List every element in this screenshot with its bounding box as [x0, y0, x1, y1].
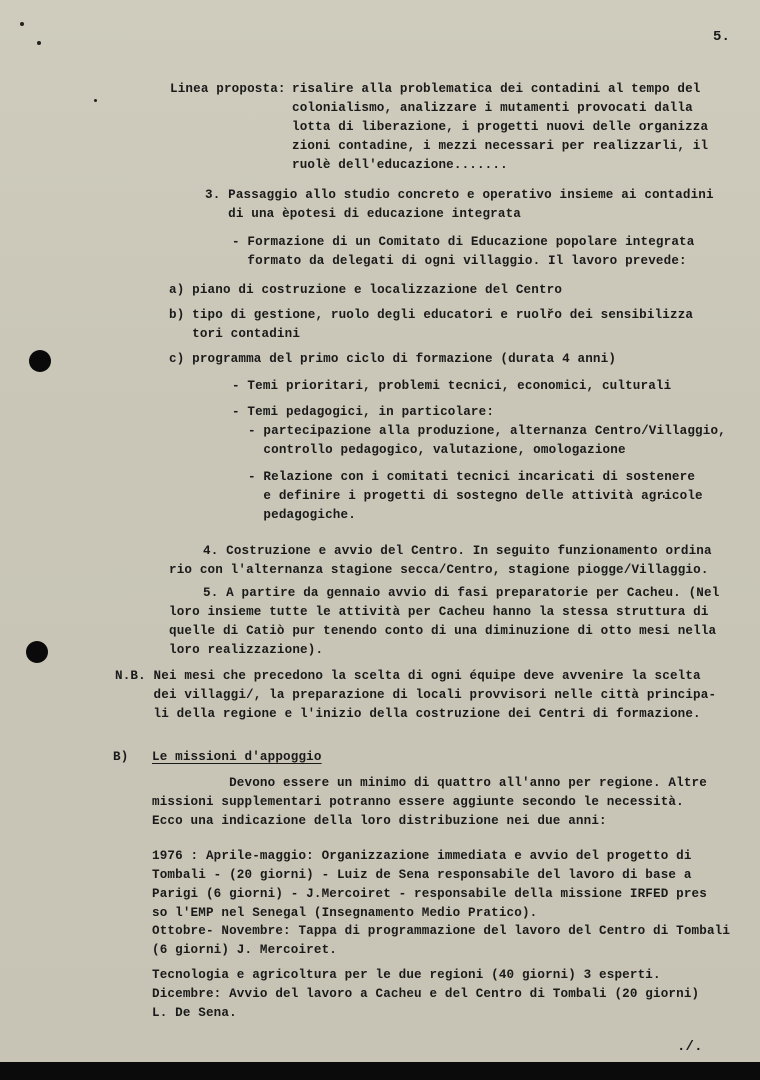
- schedule-line: Ottobre- Novembre: Tappa di programmazio…: [152, 922, 730, 941]
- schedule-line: 1976 : Aprile-maggio: Organizzazione imm…: [152, 847, 692, 866]
- ink-speck: [37, 41, 41, 45]
- schedule-line: Tombali - (20 giorni) - Luiz de Sena res…: [152, 866, 692, 885]
- closing-line: L. De Sena.: [152, 1004, 237, 1023]
- point-c: c) programma del primo ciclo di formazio…: [169, 350, 616, 369]
- relazione-line: pedagogiche.: [248, 506, 356, 525]
- item-5-line: loro insieme tutte le attività per Cache…: [169, 603, 709, 622]
- schedule-line: (6 giorni) J. Mercoiret.: [152, 941, 337, 960]
- punch-hole: [26, 641, 48, 663]
- punch-hole: [29, 350, 51, 372]
- temi-prioritari: - Temi prioritari, problemi tecnici, eco…: [232, 377, 671, 396]
- item-5-line: 5. A partire da gennaio avvio di fasi pr…: [203, 584, 719, 603]
- nb-line: dei villaggi/, la preparazione di locali…: [115, 686, 716, 705]
- linea-line: ruolè dell'educazione.......: [292, 156, 508, 175]
- ink-speck: [20, 22, 24, 26]
- schedule-line: so l'EMP nel Senegal (Insegnamento Medio…: [152, 904, 537, 923]
- section-b-title: Le missioni d'appoggio: [152, 748, 322, 767]
- point-b-line: tori contadini: [169, 325, 300, 344]
- relazione-line: e definire i progetti di sostegno delle …: [248, 487, 703, 506]
- section-b-intro-line: Ecco una indicazione della loro distribu…: [152, 812, 607, 831]
- section-b-marker: B): [113, 748, 128, 767]
- temi-pedagogici: - Temi pedagogici, in particolare:: [232, 403, 494, 422]
- scan-bottom-edge: [0, 1062, 760, 1080]
- relazione-text: e definire i progetti di sostegno delle …: [248, 489, 641, 503]
- section-b-intro-line: Devono essere un minimo di quattro all'a…: [152, 774, 707, 793]
- linea-line: lotta di liberazione, i progetti nuovi d…: [292, 118, 708, 137]
- point-a: a) piano di costruzione e localizzazione…: [169, 281, 562, 300]
- item-3-line: di una èpotesi di educazione integrata: [205, 205, 521, 224]
- item-3-sub-line: formato da delegati di ogni villaggio. I…: [232, 252, 687, 271]
- linea-line: colonialismo, analizzare i mutamenti pro…: [292, 99, 693, 118]
- closing-line: Dicembre: Avvio del lavoro a Cacheu e de…: [152, 985, 699, 1004]
- ink-speck: [94, 99, 97, 102]
- item-4-line: rio con l'alternanza stagione secca/Cent…: [169, 561, 709, 580]
- page-number: 5.: [713, 28, 730, 47]
- schedule-line: Parigi (6 giorni) - J.Mercoiret - respon…: [152, 885, 707, 904]
- partecipazione-line: - partecipazione alla produzione, altern…: [248, 422, 726, 441]
- section-b-intro-line: missioni supplementari potranno essere a…: [152, 793, 684, 812]
- item-3-line: 3. Passaggio allo studio concreto e oper…: [205, 186, 714, 205]
- closing-line: Tecnologia e agricoltura per le due regi…: [152, 966, 661, 985]
- nb-line: N.B. Nei mesi che precedono la scelta di…: [115, 667, 701, 686]
- nb-line: li della regione e l'inizio della costru…: [115, 705, 701, 724]
- item-4-line: 4. Costruzione e avvio del Centro. In se…: [203, 542, 712, 561]
- linea-line: risalire alla problematica dei contadini…: [292, 80, 701, 99]
- item-3-sub-line: - Formazione di un Comitato di Educazion…: [232, 233, 694, 252]
- item-5-line: quelle di Catiò pur tenendo conto di una…: [169, 622, 716, 641]
- item-5-line: loro realizzazione).: [169, 641, 323, 660]
- point-b-line: b) tipo di gestione, ruolo degli educato…: [169, 306, 693, 325]
- continuation-mark: ./.: [677, 1038, 703, 1057]
- linea-label: Linea proposta:: [170, 80, 286, 99]
- linea-line: zioni contadine, i mezzi necessari per r…: [292, 137, 708, 156]
- relazione-line: - Relazione con i comitati tecnici incar…: [248, 468, 695, 487]
- struck-out-word: agricole: [641, 489, 703, 503]
- typed-document-page: 5. Linea proposta: risalire alla problem…: [0, 0, 760, 1062]
- partecipazione-line: controllo pedagogico, valutazione, omolo…: [248, 441, 626, 460]
